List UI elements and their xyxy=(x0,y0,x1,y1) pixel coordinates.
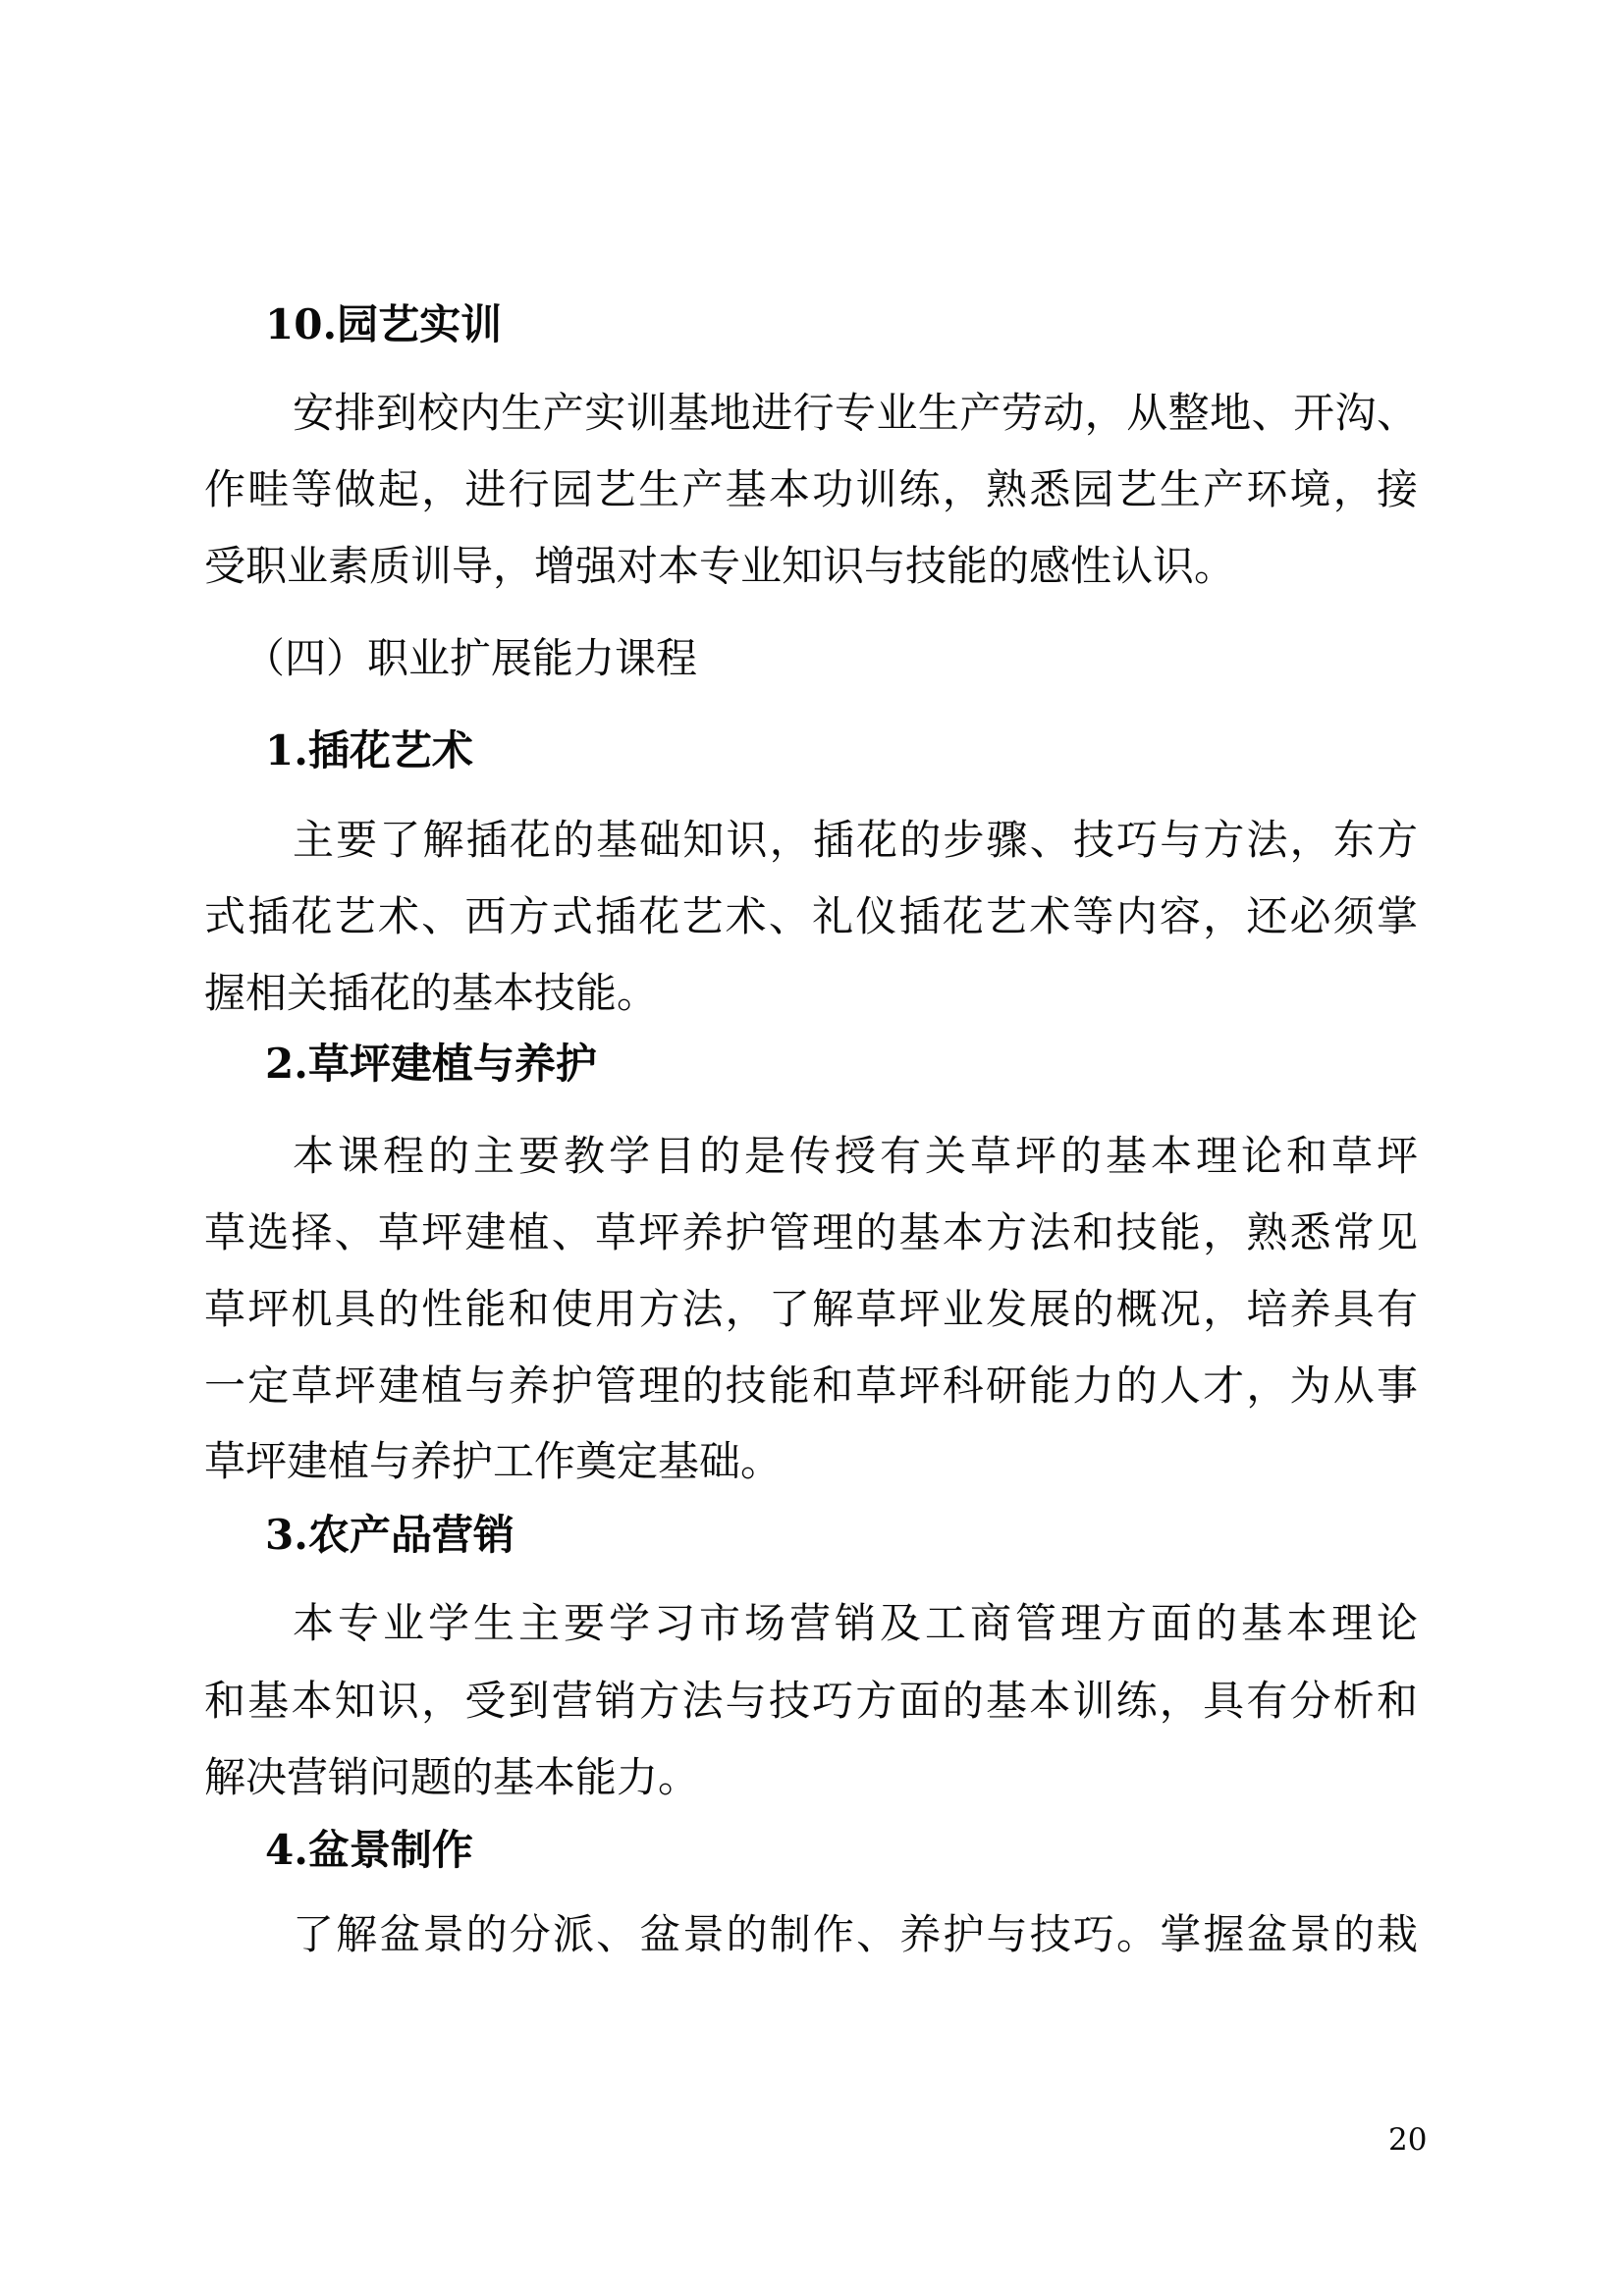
heading-penjing-zhizuo: 4.盆景制作 xyxy=(204,1812,1418,1889)
heading-yuanyi-shixun: 10.园艺实训 xyxy=(204,287,1418,363)
body-line: 握相关插花的基本技能。 xyxy=(204,955,1418,1032)
page-number: 20 xyxy=(1388,2122,1427,2158)
body-line: 草坪建植与养护工作奠定基础。 xyxy=(204,1423,1418,1500)
body-line: 本专业学生主要学习市场营销及工商管理方面的基本理论 xyxy=(204,1585,1418,1662)
document-page: 10.园艺实训 安排到校内生产实训基地进行专业生产劳动，从整地、开沟、 作畦等做… xyxy=(0,0,1624,2296)
body-line: 安排到校内生产实训基地进行专业生产劳动，从整地、开沟、 xyxy=(204,375,1418,452)
body-line: 一定草坪建植与养护管理的技能和草坪科研能力的人才，为从事 xyxy=(204,1348,1418,1424)
heading-nongchanpin-yingxiao: 3.农产品营销 xyxy=(204,1497,1418,1574)
body-line: 本课程的主要教学目的是传授有关草坪的基本理论和草坪 xyxy=(204,1118,1418,1195)
body-line: 了解盆景的分派、盆景的制作、养护与技巧。掌握盆景的栽 xyxy=(204,1896,1418,1973)
body-line: 式插花艺术、西方式插花艺术、礼仪插花艺术等内容，还必须掌 xyxy=(204,879,1418,955)
section-heading-si: （四）职业扩展能力课程 xyxy=(204,620,1418,697)
body-line: 受职业素质训导，增强对本专业知识与技能的感性认识。 xyxy=(204,528,1418,605)
body-line: 草选择、草坪建植、草坪养护管理的基本方法和技能，熟悉常见 xyxy=(204,1195,1418,1271)
body-line: 主要了解插花的基础知识，插花的步骤、技巧与方法，东方 xyxy=(204,802,1418,879)
body-line: 草坪机具的性能和使用方法，了解草坪业发展的概况，培养具有 xyxy=(204,1271,1418,1348)
body-line: 解决营销问题的基本能力。 xyxy=(204,1739,1418,1816)
heading-chahua-yishu: 1.插花艺术 xyxy=(204,713,1418,789)
body-line: 和基本知识，受到营销方法与技巧方面的基本训练，具有分析和 xyxy=(204,1663,1418,1739)
heading-caoping-jianzhi: 2.草坪建植与养护 xyxy=(204,1026,1418,1102)
body-line: 作畦等做起，进行园艺生产基本功训练，熟悉园艺生产环境，接 xyxy=(204,452,1418,528)
